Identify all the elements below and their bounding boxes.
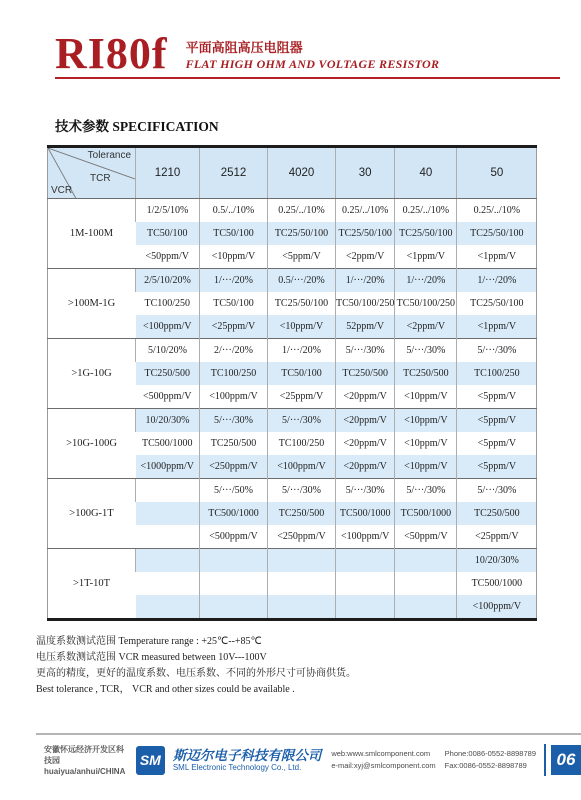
spec-cell: TC50/100	[136, 222, 200, 245]
email: e-mail:xyj@smlcomponent.com	[331, 760, 435, 772]
spec-cell: <20ppm/V	[336, 409, 395, 433]
table-row: >10G-100G10/20/30%5/···/30%5/···/30%<20p…	[48, 409, 537, 433]
spec-cell: 52ppm/V	[336, 315, 395, 339]
spec-cell: 5/···/30%	[457, 479, 537, 503]
contact-info: web:www.smlcomponent.com e-mail:xyj@smlc…	[331, 748, 536, 772]
spec-cell: <2ppm/V	[336, 245, 395, 269]
spec-cell: TC250/500	[395, 362, 457, 385]
spec-cell: 5/···/30%	[268, 479, 336, 503]
product-name: RI80f	[55, 34, 168, 74]
spec-cell: 10/20/30%	[136, 409, 200, 433]
spec-cell: <50ppm/V	[395, 525, 457, 549]
spec-cell: <100ppm/V	[457, 595, 537, 620]
spec-table-body: 1M-100M1/2/5/10%0.5/../10%0.25/../10%0.2…	[48, 199, 537, 620]
spec-cell	[136, 549, 200, 573]
spec-cell: TC25/50/100	[336, 222, 395, 245]
spec-cell	[200, 572, 268, 595]
spec-cell: <2ppm/V	[395, 315, 457, 339]
spec-cell: 0.25/../10%	[336, 199, 395, 223]
spec-cell: <10ppm/V	[395, 455, 457, 479]
spec-cell: TC250/500	[268, 502, 336, 525]
spec-cell: <500ppm/V	[200, 525, 268, 549]
spec-cell	[200, 595, 268, 620]
spec-cell: <10ppm/V	[395, 432, 457, 455]
spec-cell: TC500/1000	[336, 502, 395, 525]
contact-web-email: web:www.smlcomponent.com e-mail:xyj@smlc…	[331, 748, 435, 772]
spec-cell: 1/···/20%	[268, 339, 336, 363]
spec-cell: <500ppm/V	[136, 385, 200, 409]
spec-cell: 5/···/30%	[336, 479, 395, 503]
company-name: 斯迈尔电子科技有限公司 SML Electronic Technology Co…	[173, 748, 322, 772]
address-english: huaiyua/anhui/CHINA	[44, 766, 126, 777]
spec-cell: TC250/500	[136, 362, 200, 385]
column-header-40: 40	[395, 147, 457, 199]
column-header-2512: 2512	[200, 147, 268, 199]
corner-cell: Tolerance TCR VCR	[48, 147, 136, 199]
range-label: >1T-10T	[48, 549, 136, 620]
spec-cell	[200, 549, 268, 573]
spec-cell: 0.5/../10%	[200, 199, 268, 223]
table-row: >100M-1G2/5/10/20%1/···/20%0.5/···/20%1/…	[48, 269, 537, 293]
spec-cell	[136, 502, 200, 525]
spec-cell	[336, 595, 395, 620]
page-number-block: 06	[544, 744, 581, 776]
spec-cell: 1/···/20%	[200, 269, 268, 293]
spec-cell	[268, 549, 336, 573]
spec-cell: <20ppm/V	[336, 385, 395, 409]
spec-cell: <250ppm/V	[268, 525, 336, 549]
spec-cell: <5ppm/V	[457, 409, 537, 433]
spec-cell: 5/···/50%	[200, 479, 268, 503]
spec-cell: TC50/100	[200, 292, 268, 315]
spec-cell: 2/5/10/20%	[136, 269, 200, 293]
brand-row: RI80f 平面高阻高压电阻器 FLAT HIGH OHM AND VOLTAG…	[55, 34, 581, 74]
notes: 温度系数测试范围 Temperature range : +25℃--+85℃ …	[36, 634, 581, 698]
spec-cell: <5ppm/V	[457, 432, 537, 455]
sml-logo-icon: SM	[136, 746, 165, 775]
spec-cell: <20ppm/V	[336, 455, 395, 479]
spec-cell: TC100/250	[200, 362, 268, 385]
spec-cell	[395, 549, 457, 573]
fax: Fax:0086-0552-8898789	[445, 760, 536, 772]
table-header-row: Tolerance TCR VCR 1210 2512 4020 30 40 5…	[48, 147, 537, 199]
table-row: >1T-10T10/20/30%	[48, 549, 537, 573]
spec-cell: TC50/100/250	[336, 292, 395, 315]
spec-cell: <25ppm/V	[457, 525, 537, 549]
spec-cell: TC25/50/100	[457, 222, 537, 245]
spec-cell	[136, 479, 200, 503]
spec-cell: 5/···/30%	[395, 479, 457, 503]
section-title: 技术参数 SPECIFICATION	[55, 115, 581, 135]
spec-cell: TC250/500	[336, 362, 395, 385]
spec-cell: 1/···/20%	[457, 269, 537, 293]
note-custom-en: Best tolerance , TCR， VCR and other size…	[36, 682, 581, 698]
note-temperature-range: 温度系数测试范围 Temperature range : +25℃--+85℃	[36, 634, 581, 650]
company-name-english: SML Electronic Technology Co., Ltd.	[173, 763, 322, 772]
spec-cell: TC25/50/100	[268, 222, 336, 245]
company-address: 安徽怀远经济开发区科技园 huaiyua/anhui/CHINA	[44, 744, 126, 777]
table-row: >1G-10G5/10/20%2/···/20%1/···/20%5/···/3…	[48, 339, 537, 363]
spec-cell: <1000ppm/V	[136, 455, 200, 479]
spec-cell: TC25/50/100	[395, 222, 457, 245]
spec-cell: TC500/1000	[200, 502, 268, 525]
spec-cell: TC100/250	[268, 432, 336, 455]
spec-cell: 5/···/30%	[200, 409, 268, 433]
spec-cell: TC50/100	[200, 222, 268, 245]
range-label: >10G-100G	[48, 409, 136, 479]
doc-header: RI80f 平面高阻高压电阻器 FLAT HIGH OHM AND VOLTAG…	[0, 0, 581, 79]
spec-cell: <100ppm/V	[136, 315, 200, 339]
spec-cell: <10ppm/V	[395, 385, 457, 409]
spec-cell: <1ppm/V	[457, 315, 537, 339]
spec-cell: 5/···/30%	[457, 339, 537, 363]
spec-cell	[268, 572, 336, 595]
spec-cell: <25ppm/V	[200, 315, 268, 339]
note-custom-cn: 更高的精度，更好的温度系数、电压系数、不同的外形尺寸可协商供货。	[36, 666, 581, 682]
spec-cell: 10/20/30%	[457, 549, 537, 573]
column-header-4020: 4020	[268, 147, 336, 199]
range-label: >1G-10G	[48, 339, 136, 409]
spec-cell: 0.5/···/20%	[268, 269, 336, 293]
spec-cell: TC500/1000	[136, 432, 200, 455]
spec-cell	[136, 595, 200, 620]
spec-cell: 0.25/../10%	[457, 199, 537, 223]
page-number: 06	[551, 745, 581, 775]
column-header-50: 50	[457, 147, 537, 199]
datasheet-page: RI80f 平面高阻高压电阻器 FLAT HIGH OHM AND VOLTAG…	[0, 0, 581, 800]
corner-label-vcr: VCR	[51, 185, 72, 196]
table-row: 1M-100M1/2/5/10%0.5/../10%0.25/../10%0.2…	[48, 199, 537, 223]
spec-cell: <20ppm/V	[336, 432, 395, 455]
spec-cell	[395, 572, 457, 595]
spec-table: Tolerance TCR VCR 1210 2512 4020 30 40 5…	[47, 145, 537, 621]
spec-cell: TC100/250	[136, 292, 200, 315]
spec-cell: TC250/500	[200, 432, 268, 455]
corner-label-tcr: TCR	[90, 173, 111, 184]
spec-cell: <10ppm/V	[395, 409, 457, 433]
spec-cell: <100ppm/V	[268, 455, 336, 479]
spec-cell: TC500/1000	[395, 502, 457, 525]
spec-cell: TC100/250	[457, 362, 537, 385]
spec-cell: TC250/500	[457, 502, 537, 525]
spec-cell: TC500/1000	[457, 572, 537, 595]
spec-cell: 1/···/20%	[336, 269, 395, 293]
spec-cell: 5/···/30%	[336, 339, 395, 363]
spec-cell	[336, 572, 395, 595]
spec-cell: <10ppm/V	[200, 245, 268, 269]
spec-cell: TC25/50/100	[268, 292, 336, 315]
spec-cell: TC50/100/250	[395, 292, 457, 315]
spec-cell: <25ppm/V	[268, 385, 336, 409]
spec-cell: 0.25/../10%	[395, 199, 457, 223]
spec-cell: <5ppm/V	[457, 455, 537, 479]
table-row: >100G-1T5/···/50%5/···/30%5/···/30%5/···…	[48, 479, 537, 503]
spec-cell: <5ppm/V	[268, 245, 336, 269]
range-label: >100M-1G	[48, 269, 136, 339]
spec-cell: TC50/100	[268, 362, 336, 385]
spec-cell: <5ppm/V	[457, 385, 537, 409]
subtitles: 平面高阻高压电阻器 FLAT HIGH OHM AND VOLTAGE RESI…	[186, 39, 440, 74]
company-name-chinese: 斯迈尔电子科技有限公司	[173, 748, 322, 763]
spec-cell	[136, 572, 200, 595]
range-label: 1M-100M	[48, 199, 136, 269]
spec-cell: <100ppm/V	[200, 385, 268, 409]
corner-label-tolerance: Tolerance	[88, 150, 131, 161]
spec-cell: 2/···/20%	[200, 339, 268, 363]
spec-cell	[268, 595, 336, 620]
column-header-30: 30	[336, 147, 395, 199]
spec-cell: <250ppm/V	[200, 455, 268, 479]
spec-cell: 0.25/../10%	[268, 199, 336, 223]
address-chinese: 安徽怀远经济开发区科技园	[44, 744, 126, 766]
spec-cell: 5/10/20%	[136, 339, 200, 363]
spec-cell	[336, 549, 395, 573]
subtitle-chinese: 平面高阻高压电阻器	[186, 39, 440, 56]
spec-cell	[395, 595, 457, 620]
website: web:www.smlcomponent.com	[331, 748, 435, 760]
spec-cell: 5/···/30%	[395, 339, 457, 363]
note-vcr-range: 电压系数测试范围 VCR measured between 10V---100V	[36, 650, 581, 666]
spec-cell: <10ppm/V	[268, 315, 336, 339]
spec-cell: <1ppm/V	[395, 245, 457, 269]
page-number-divider	[544, 744, 546, 776]
spec-cell: <1ppm/V	[457, 245, 537, 269]
spec-cell: <100ppm/V	[336, 525, 395, 549]
contact-phone-fax: Phone:0086-0552-8898789 Fax:0086-0552-88…	[445, 748, 536, 772]
page-footer: 安徽怀远经济开发区科技园 huaiyua/anhui/CHINA SM 斯迈尔电…	[36, 733, 581, 785]
column-header-1210: 1210	[136, 147, 200, 199]
range-label: >100G-1T	[48, 479, 136, 549]
spec-cell: 1/···/20%	[395, 269, 457, 293]
spec-cell: 5/···/30%	[268, 409, 336, 433]
spec-cell	[136, 525, 200, 549]
spec-cell: 1/2/5/10%	[136, 199, 200, 223]
subtitle-english: FLAT HIGH OHM AND VOLTAGE RESISTOR	[186, 56, 440, 72]
spec-cell: <50ppm/V	[136, 245, 200, 269]
spec-cell: TC25/50/100	[457, 292, 537, 315]
phone: Phone:0086-0552-8898789	[445, 748, 536, 760]
